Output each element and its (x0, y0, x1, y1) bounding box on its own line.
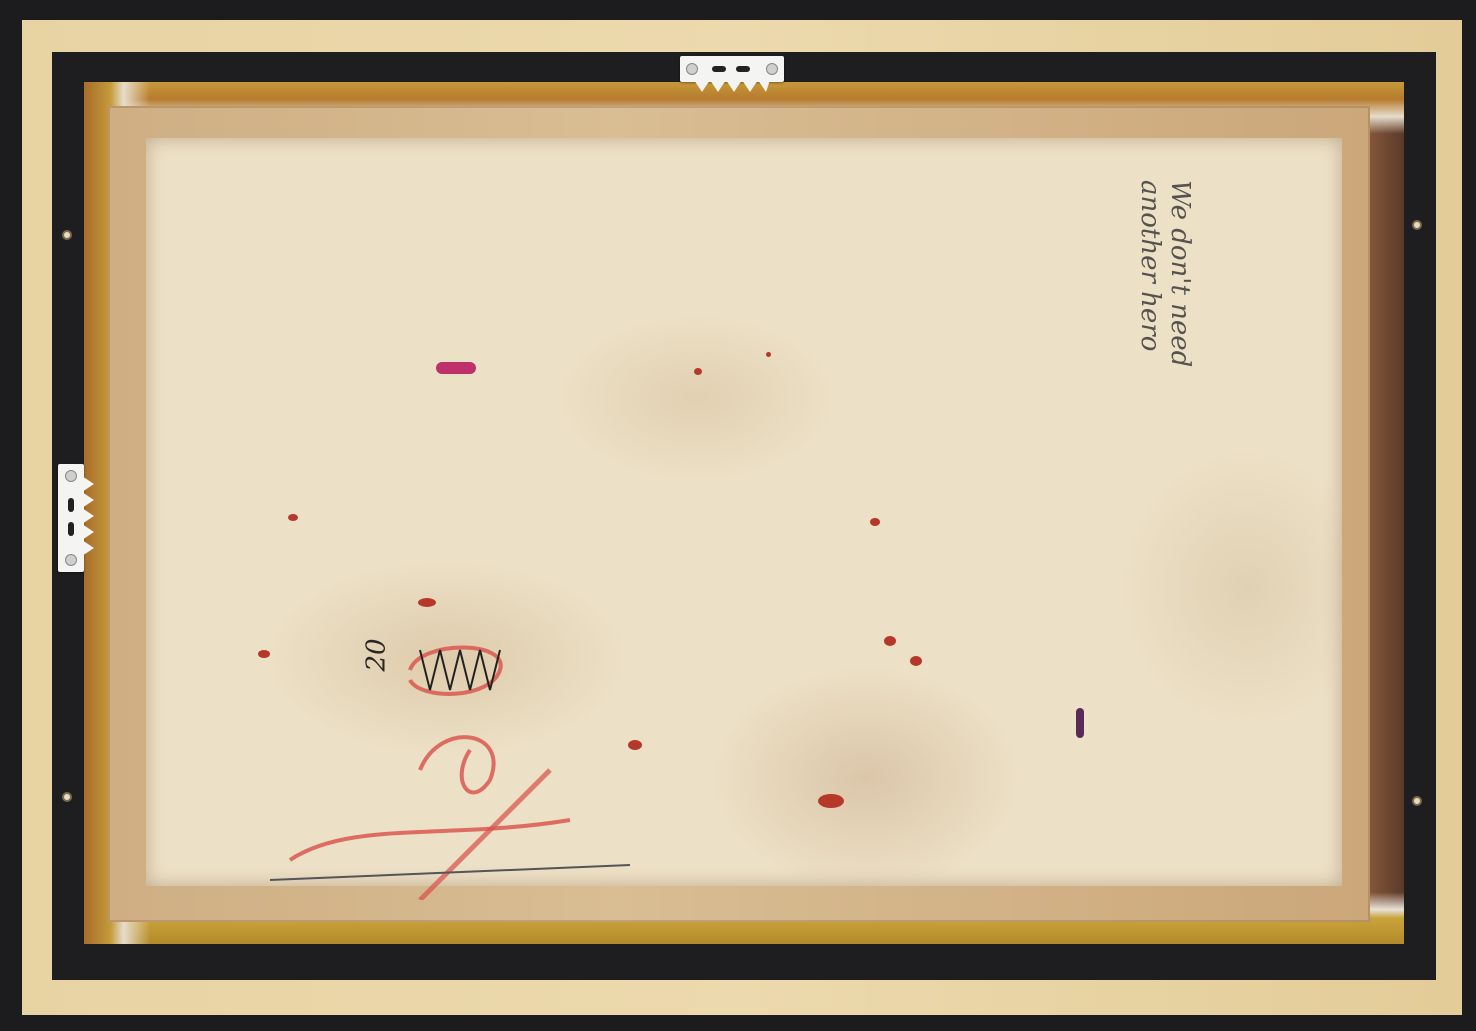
frame-screw (1412, 220, 1422, 230)
hanger-slot (68, 522, 74, 536)
pencil-inscription: We don't need another hero (1135, 180, 1195, 367)
hanger-slot (68, 498, 74, 512)
paint-drip (258, 650, 270, 658)
red-crayon-signature (270, 630, 630, 900)
paint-drip (884, 636, 896, 646)
sawtooth-hanger-top (680, 56, 784, 82)
sawtooth-hanger-left (58, 464, 84, 572)
paint-drip (1076, 708, 1084, 738)
paint-drip (910, 656, 922, 666)
paint-drip (766, 352, 771, 357)
frame-screw (1412, 796, 1422, 806)
frame-screw (62, 792, 72, 802)
hanger-slot (712, 66, 726, 72)
paint-drip (288, 514, 298, 521)
screw-icon (686, 63, 698, 75)
paint-drip (628, 740, 642, 750)
hanger-slot (736, 66, 750, 72)
inscription-line-1: We don't need (1165, 180, 1195, 367)
screw-icon (65, 470, 77, 482)
sawtooth-teeth (82, 476, 94, 560)
paint-drip (870, 518, 880, 526)
paint-drip (694, 368, 702, 375)
paint-drip (818, 794, 844, 808)
inscription-line-2: another hero (1135, 180, 1165, 367)
paint-drip (418, 598, 436, 607)
frame-screw (62, 230, 72, 240)
sawtooth-teeth (694, 80, 770, 92)
screw-icon (766, 63, 778, 75)
paint-drip (436, 362, 476, 374)
framed-canvas-back-photo: We don't need another hero 20 (0, 0, 1476, 1031)
screw-icon (65, 554, 77, 566)
marker-number: 20 (362, 638, 392, 671)
